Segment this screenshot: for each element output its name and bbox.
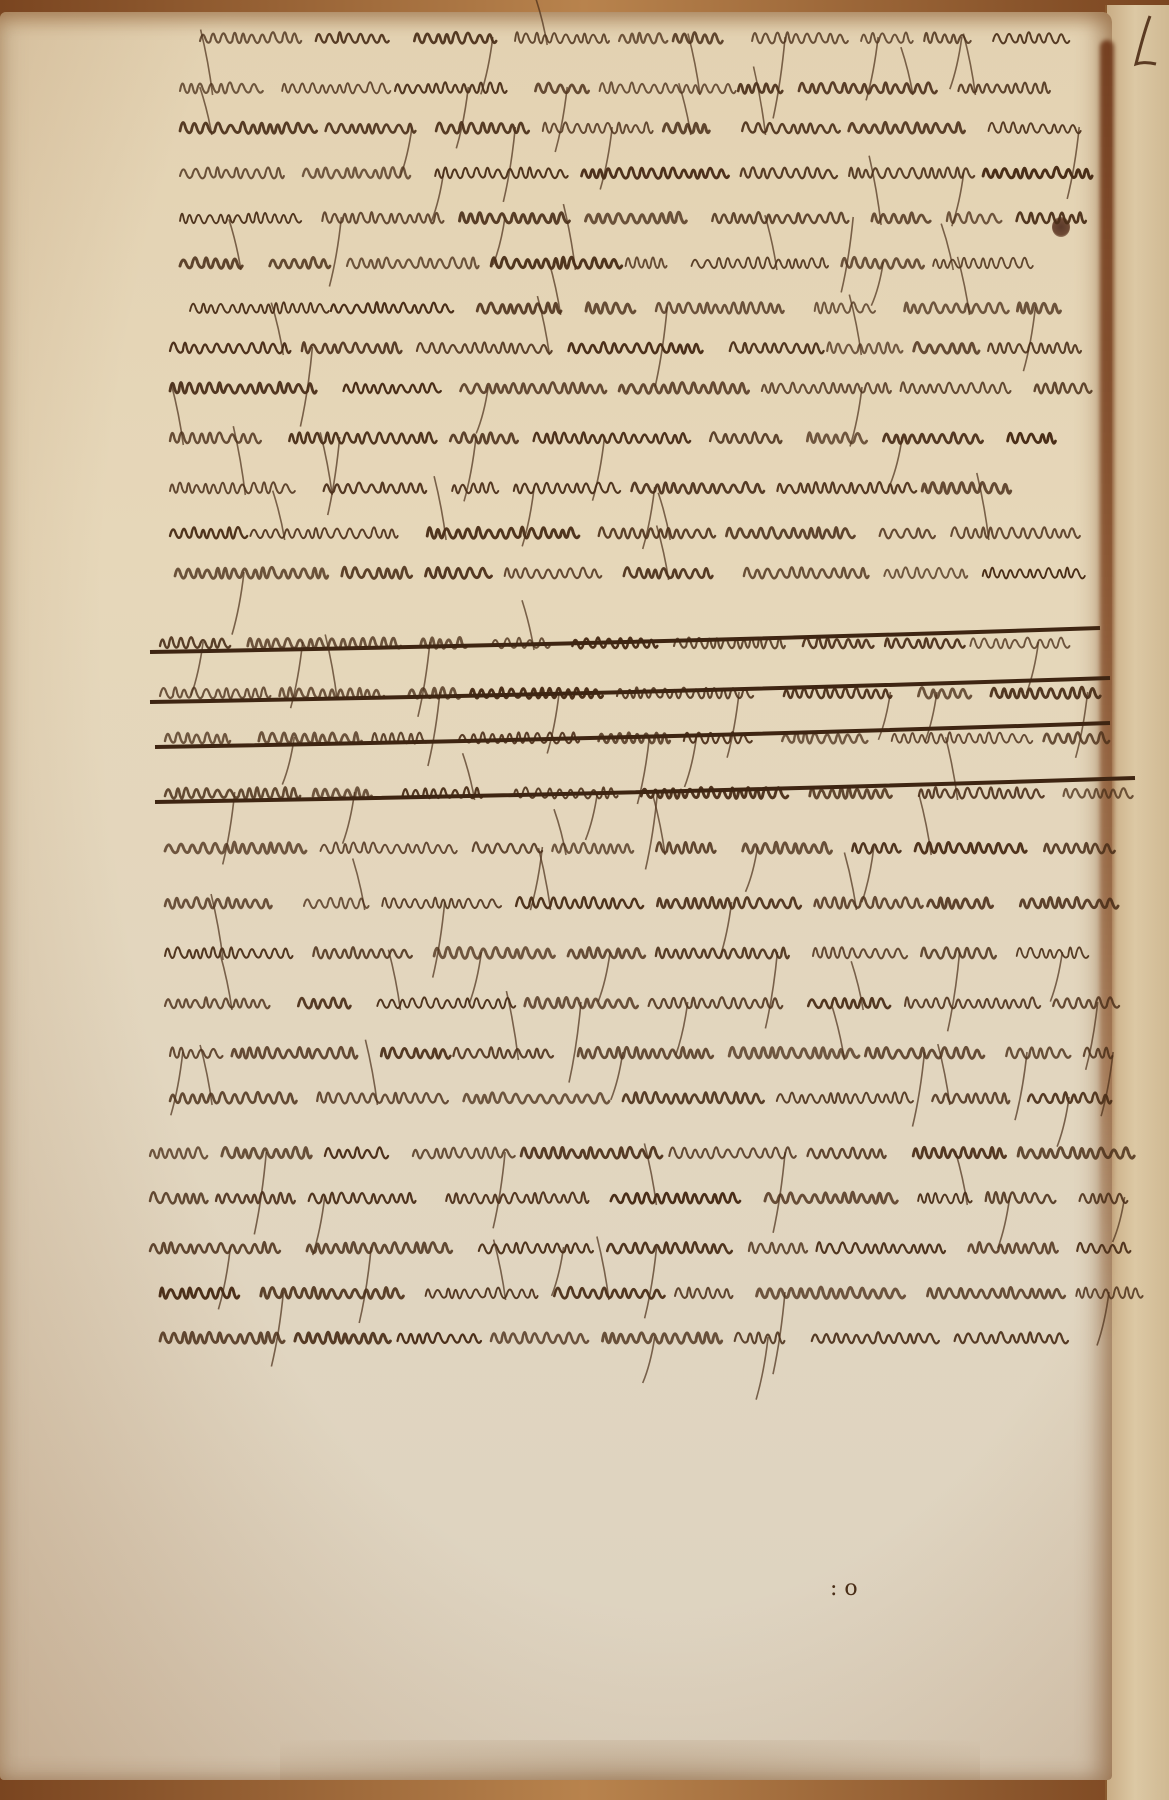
handwritten-line <box>170 384 1056 515</box>
handwritten-line <box>170 295 1081 427</box>
handwritten-line <box>150 1143 1127 1255</box>
handwritten-line <box>165 950 1119 1083</box>
handwritten-line <box>170 991 1113 1127</box>
handwritten-line <box>200 0 1069 118</box>
handwriting-layer: : o <box>0 0 1169 1800</box>
manuscript-photo: : o [illegible][illegible][illegible][il… <box>0 0 1169 1800</box>
handwritten-line <box>190 257 1061 387</box>
handwritten-line <box>150 1242 1130 1323</box>
stray-ink-mark: : o <box>830 1576 858 1601</box>
handwritten-line <box>150 1147 1134 1234</box>
handwritten-line <box>165 795 1115 910</box>
handwritten-line <box>160 1332 1068 1399</box>
strikethrough-line <box>150 678 1110 702</box>
handwritten-line <box>165 894 1088 1031</box>
handwritten-line <box>175 526 1085 635</box>
